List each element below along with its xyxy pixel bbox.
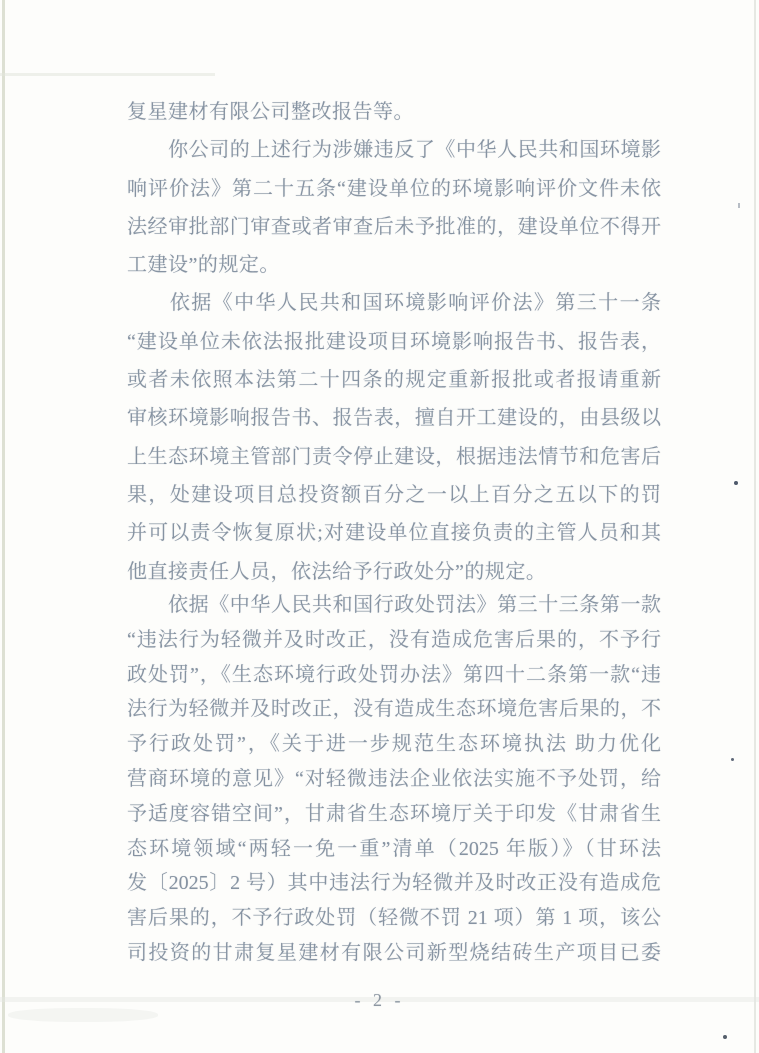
scan-speck [738, 203, 740, 208]
document-line: 他直接责任人员，依法给予行政处分”的规定。 [127, 553, 661, 591]
document-line: 法经审批部门审查或者审查后未予批准的，建设单位不得开 [127, 208, 661, 246]
page-number: - 2 - [0, 990, 759, 1011]
document-line: “违法行为轻微并及时改正，没有造成危害后果的，不予行 [127, 623, 661, 658]
document-line: 上生态环境主管部门责令停止建设，根据违法情节和危害后 [127, 438, 661, 476]
document-line: 复星建材有限公司整改报告等。 [127, 93, 661, 131]
document-line: 你公司的上述行为涉嫌违反了《中华人民共和国环境影 [127, 131, 661, 169]
scan-speck [734, 481, 738, 485]
scan-speck [731, 758, 734, 761]
document-line: 司投资的甘肃复星建材有限公司新型烧结砖生产项目已委 [127, 936, 661, 971]
document-line: 响评价法》第二十五条“建设单位的环境影响评价文件未依 [127, 170, 661, 208]
document-line: 审核环境影响报告书、报告表，擅自开工建设的，由县级以 [127, 399, 661, 437]
document-line: 政处罚”，《生态环境行政处罚办法》第四十二条第一款“违 [127, 658, 661, 693]
paragraph-block-1: 复星建材有限公司整改报告等。 你公司的上述行为涉嫌违反了《中华人民共和国环境影 … [127, 93, 661, 591]
document-line: 予适度容错空间”，甘肃省生态环境厅关于印发《甘肃省生 [127, 797, 661, 832]
document-line: 并可以责令恢复原状;对建设单位直接负责的主管人员和其 [127, 514, 661, 552]
document-line: 依据《中华人民共和国行政处罚法》第三十三条第一款 [127, 588, 661, 623]
scan-streak [0, 73, 215, 76]
document-page: 复星建材有限公司整改报告等。 你公司的上述行为涉嫌违反了《中华人民共和国环境影 … [0, 0, 759, 1053]
document-line: 予行政处罚”，《关于进一步规范生态环境执法 助力优化 [127, 727, 661, 762]
document-line: 工建设”的规定。 [127, 246, 661, 284]
document-line: 依据《中华人民共和国环境影响评价法》第三十一条 [127, 284, 661, 322]
scan-speck [723, 1035, 727, 1039]
document-line: 害后果的，不予行政处罚（轻微不罚 21 项）第 1 项，该公 [127, 901, 661, 936]
scan-edge-right [754, 0, 756, 1053]
document-line: 或者未依照本法第二十四条的规定重新报批或者报请重新 [127, 361, 661, 399]
document-line: 发〔2025〕2 号）其中违法行为轻微并及时改正没有造成危 [127, 866, 661, 901]
scan-edge-left [2, 0, 5, 1053]
document-line: 果，处建设项目总投资额百分之一以上百分之五以下的罚款， [127, 476, 661, 514]
document-line: 营商环境的意见》“对轻微违法企业依法实施不予处罚，给 [127, 762, 661, 797]
paragraph-block-2: 依据《中华人民共和国行政处罚法》第三十三条第一款 “违法行为轻微并及时改正，没有… [127, 588, 661, 971]
document-line: 态环境领域“两轻一免一重”清单（2025 年版）》（甘环法 [127, 832, 661, 867]
document-line: “建设单位未依法报批建设项目环境影响报告书、报告表， [127, 323, 661, 361]
document-line: 法行为轻微并及时改正，没有造成生态环境危害后果的，不 [127, 692, 661, 727]
